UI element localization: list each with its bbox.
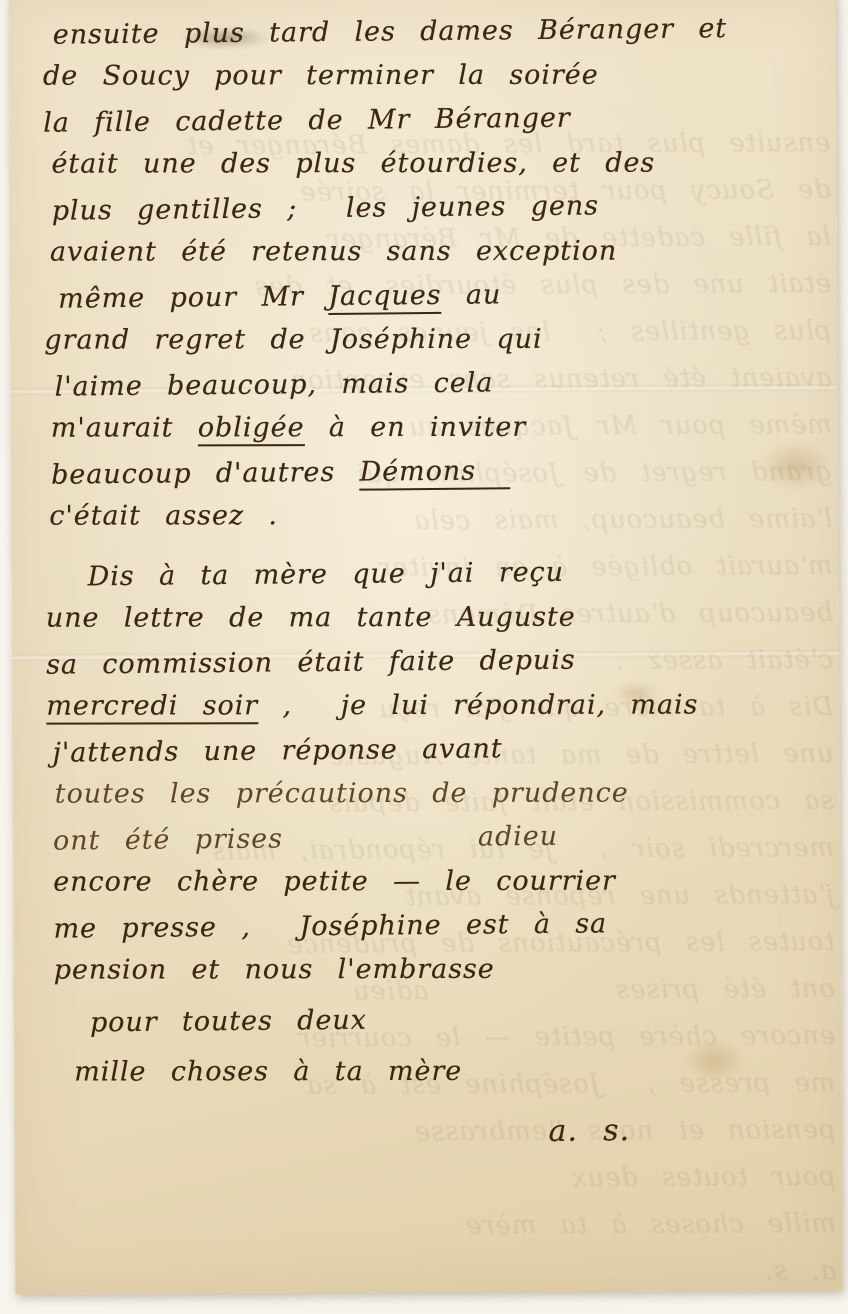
- handwritten-line: encore chère petite — le courrier: [53, 859, 822, 904]
- underlined-word: obligée: [198, 412, 305, 446]
- handwritten-line: me presse , Joséphine est à sa: [53, 900, 822, 951]
- bleedthrough-line: pour toutes deux: [21, 1154, 836, 1205]
- handwritten-line: mille choses à ta mère: [74, 1049, 823, 1094]
- handwritten-line: pension et nous l'embrasse: [54, 947, 823, 992]
- handwritten-line: ont été prises adieu: [53, 812, 822, 863]
- handwritten-line: pour toutes deux: [90, 994, 823, 1045]
- handwritten-line: était une des plus étourdies, et des: [51, 141, 818, 186]
- handwritten-line: toutes les précautions de prudence: [55, 771, 822, 816]
- bleedthrough-line: mille choses à ta mère: [21, 1201, 836, 1252]
- handwritten-line: sa commission était faite depuis: [46, 636, 821, 687]
- signature: a. s.: [548, 1107, 823, 1154]
- underlined-word: mercredi soir: [46, 690, 258, 724]
- letter-page: ensuite plus tard les dames Béranger etd…: [9, 0, 843, 1294]
- handwritten-line: ensuite plus tard les dames Béranger et: [53, 6, 818, 57]
- handwritten-line: de Soucy pour terminer la soirée: [43, 53, 818, 98]
- handwritten-line: Dis à ta mère que j'ai reçu: [87, 548, 820, 599]
- handwritten-line: la fille cadette de Mr Béranger: [43, 94, 818, 145]
- handwritten-line: avaient été retenus sans exception: [50, 229, 819, 274]
- photo-backdrop: ensuite plus tard les dames Béranger etd…: [0, 0, 848, 1314]
- handwritten-line: plus gentilles ; les jeunes gens: [52, 182, 819, 233]
- handwritten-line: c'était assez .: [49, 493, 820, 538]
- underlined-word: Démons: [359, 455, 510, 490]
- letter-body: ensuite plus tard les dames Béranger etd…: [43, 8, 824, 1156]
- handwritten-line: mercredi soir , je lui répondrai, mais: [46, 683, 821, 728]
- underlined-word: Jacques: [328, 280, 441, 315]
- handwritten-line: l'aime beaucoup, mais cela: [54, 358, 819, 409]
- handwritten-line: beaucoup d'autres Démons: [51, 446, 820, 497]
- handwritten-line: une lettre de ma tante Auguste: [46, 595, 821, 640]
- handwritten-line: même pour Mr Jacques au: [58, 270, 819, 321]
- handwritten-line: j'attends une réponse avant: [52, 724, 821, 775]
- handwritten-line: m'aurait obligée à en inviter: [51, 405, 820, 450]
- handwritten-line: grand regret de Joséphine qui: [44, 317, 819, 362]
- bleedthrough-line: a. s.: [21, 1248, 836, 1294]
